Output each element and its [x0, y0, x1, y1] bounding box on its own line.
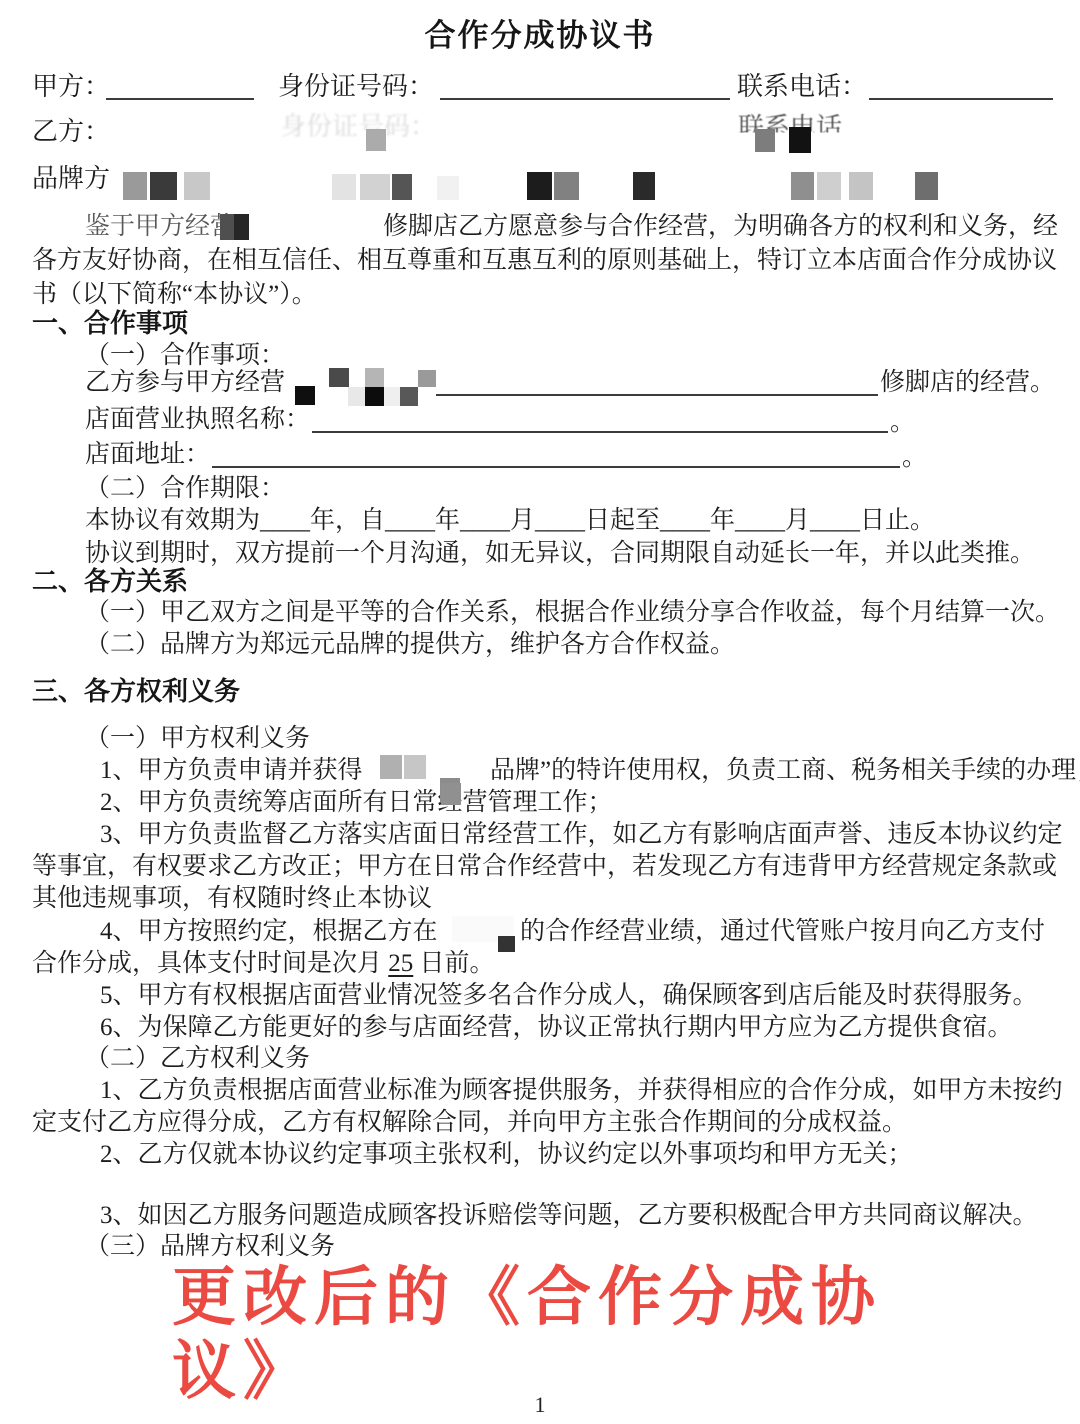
redaction-block [332, 174, 356, 200]
redaction-block [789, 127, 811, 153]
party-a-label: 甲方： [32, 72, 110, 102]
a2-line: 2、甲方负责统筹店面所有日常经营管理工作； [100, 788, 613, 818]
a4-suffix: 的合作经营业绩，通过代管账户按月向乙方支付 [520, 917, 1045, 947]
redaction-block [348, 387, 366, 406]
redaction-block [366, 129, 386, 151]
party-a-phone-label: 联系电话： [737, 72, 867, 102]
party-a-name-blank [106, 98, 254, 100]
redaction-block [418, 370, 436, 387]
redaction-block [404, 755, 426, 779]
redaction-block [380, 755, 402, 779]
b1-line1: 1、乙方负责根据店面营业标准为顾客提供服务，并获得相应的合作分成，如甲方未按约 [100, 1076, 1063, 1106]
section3-heading: 三、各方权利义务 [32, 676, 240, 706]
redaction-block [234, 214, 249, 240]
address-label: 店面地址： [85, 440, 210, 470]
red-annotation-line2: 议》 [172, 1320, 314, 1412]
coop-line-blank [436, 394, 878, 396]
redaction-block [755, 129, 775, 152]
redaction-block [633, 172, 655, 200]
section2-item2: （二）品牌方为郑远元品牌的提供方，维护各方合作权益。 [85, 630, 735, 660]
redaction-block [365, 368, 384, 387]
redaction-block [360, 174, 390, 200]
redaction-block [437, 176, 459, 200]
address-period: 。 [902, 443, 927, 473]
partB-heading: （二）乙方权利义务 [85, 1044, 310, 1074]
coop-line-suffix: 修脚店的经营。 [880, 368, 1055, 398]
redaction-block [150, 172, 177, 200]
license-period: 。 [890, 408, 915, 438]
a4-prefix: 4、甲方按照约定，根据乙方在 [100, 917, 438, 947]
intro-line2: 各方友好协商，在相互信任、相互尊重和互惠互利的原则基础上，特订立本店面合作分成协… [32, 246, 1057, 276]
contract-page: 合作分成协议书 甲方： 身份证号码： 联系电话： 乙方： 身份证号码： 联系电话… [0, 0, 1080, 1424]
redaction-block [791, 172, 814, 200]
a4-line2-text: 合作分成，具体支付时间是次月 [32, 950, 388, 977]
redaction-block [365, 387, 384, 406]
license-label: 店面营业执照名称： [85, 405, 310, 435]
party-a-id-label: 身份证号码： [278, 72, 434, 102]
page-number: 1 [0, 1392, 1080, 1418]
redaction-block [915, 172, 938, 200]
party-b-id-ghost: 身份证号码： [280, 112, 436, 142]
intro-line1-prefix: 鉴于甲方经营 [85, 212, 235, 242]
coop-line-prefix: 乙方参与甲方经营 [85, 368, 285, 398]
a3-line2: 等事宜，有权要求乙方改正；甲方在日常合作经营中，若发现乙方有违背甲方经营规定条款… [32, 852, 1057, 882]
redaction-block [441, 783, 461, 805]
section1-sub1: （一）合作事项： [85, 341, 285, 371]
redaction-block [498, 936, 515, 952]
renew-line: 协议到期时，双方提前一个月沟通，如无异议，合同期限自动延长一年，并以此类推。 [85, 539, 1035, 569]
party-b-label: 乙方： [32, 117, 110, 147]
section2-heading: 二、各方关系 [32, 566, 188, 596]
page-title: 合作分成协议书 [0, 10, 1080, 55]
term-line: 本协议有效期为____年，自____年____月____日起至____年____… [85, 506, 935, 536]
a4-line2: 合作分成，具体支付时间是次月 25 日前。 [32, 949, 495, 979]
section1-heading: 一、合作事项 [32, 308, 188, 338]
a5-line: 5、甲方有权根据店面营业情况签多名合作分成人，确保顾客到店后能及时获得服务。 [100, 981, 1038, 1011]
brand-party-label: 品牌方 [32, 164, 110, 194]
redaction-block [329, 368, 349, 387]
a3-line1: 3、甲方负责监督乙方落实店面日常经营工作，如乙方有影响店面声誉、违反本协议约定 [100, 820, 1063, 850]
a6-line: 6、为保障乙方能更好的参与店面经营，协议正常执行期内甲方应为乙方提供食宿。 [100, 1013, 1013, 1043]
section1-sub2: （二）合作期限： [85, 474, 285, 504]
redaction-block [817, 172, 841, 200]
a4-day-underlined: 25 [388, 950, 413, 977]
redaction-block [220, 214, 234, 240]
party-a-id-blank [440, 98, 730, 100]
redaction-block [554, 172, 579, 200]
redaction-block [184, 172, 210, 200]
party-a-phone-blank [869, 98, 1053, 100]
a1-suffix: 品牌”的特许使用权，负责工商、税务相关手续的办理； [490, 756, 1080, 786]
intro-line3: 书（以下简称“本协议”）。 [32, 280, 317, 310]
license-blank [312, 431, 888, 433]
b3-line: 3、如因乙方服务问题造成顾客投诉赔偿等问题，乙方要积极配合甲方共同商议解决。 [100, 1201, 1038, 1231]
a3-line3: 其他违规事项，有权随时终止本协议 [32, 884, 432, 914]
section2-item1: （一）甲乙双方之间是平等的合作关系，根据合作业绩分享合作收益，每个月结算一次。 [85, 598, 1060, 628]
redaction-block [392, 174, 412, 200]
redaction-block [384, 387, 401, 406]
b1-line2: 定支付乙方应得分成，乙方有权解除合同，并向甲方主张合作期间的分成权益。 [32, 1108, 907, 1138]
redaction-block [400, 387, 418, 406]
redaction-block [849, 172, 873, 200]
redaction-block [295, 386, 315, 405]
a4-line2-tail: 日前。 [413, 950, 494, 977]
a1-prefix: 1、甲方负责申请并获得 [100, 756, 363, 786]
redaction-block [123, 172, 147, 200]
partA-heading: （一）甲方权利义务 [85, 724, 310, 754]
intro-line1-suffix: 修脚店乙方愿意参与合作经营，为明确各方的权利和义务，经 [383, 212, 1058, 242]
address-blank [212, 466, 900, 468]
b2-line: 2、乙方仅就本协议约定事项主张权利，协议约定以外事项均和甲方无关； [100, 1140, 913, 1170]
redaction-block [527, 172, 552, 200]
